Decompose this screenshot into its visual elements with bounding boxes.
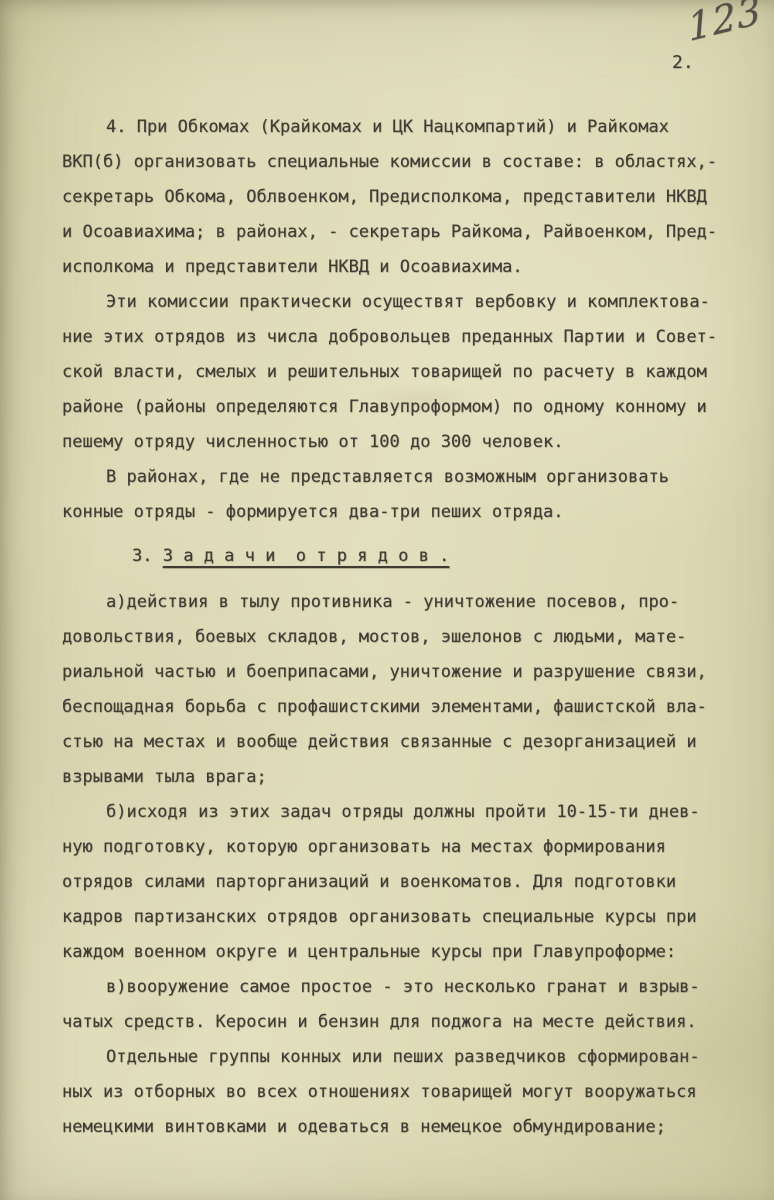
- text-line: кадров партизанских отрядов организовать…: [62, 900, 734, 935]
- text-line: 4. При Обкомах (Крайкомах и ЦК Нацкомпар…: [62, 110, 734, 145]
- text-line: беспощадная борьба с профашистскими элем…: [62, 690, 734, 725]
- text-line: Эти комиссии практически осуществят верб…: [62, 285, 734, 320]
- text-line: ную подготовку, которую организовать на …: [62, 830, 734, 865]
- text-line: ние этих отрядов из числа добровольцев п…: [62, 320, 734, 355]
- paragraph-item-4-commissions: 4. При Обкомах (Крайкомах и ЦК Нацкомпар…: [62, 110, 734, 285]
- section-number: 3.: [132, 546, 163, 566]
- scanned-document-page: 123 2. 4. При Обкомах (Крайкомах и ЦК На…: [0, 0, 774, 1200]
- text-line: конные отряды - формируется два-три пеши…: [62, 495, 734, 530]
- text-line: в)вооружение самое простое - это несколь…: [62, 970, 734, 1005]
- typed-page-number: 2.: [672, 52, 694, 73]
- text-line: районе (районы определяются Главупроформ…: [62, 390, 734, 425]
- text-line: отрядов силами парторганизаций и военком…: [62, 865, 734, 900]
- text-line: и Осоавиахима; в районах, - секретарь Ра…: [62, 215, 734, 250]
- text-line: Отдельные группы конных или пеших развед…: [62, 1040, 734, 1075]
- text-line: ской власти, смелых и решительных товари…: [62, 355, 734, 390]
- paragraph-point-a-actions: а)действия в тылу противника - уничтожен…: [62, 585, 734, 795]
- paragraph-commissions-recruitment: Эти комиссии практически осуществят верб…: [62, 285, 734, 460]
- text-line: ВКП(б) организовать специальные комиссии…: [62, 145, 734, 180]
- paragraph-districts-foot-detachments: В районах, где не представляется возможн…: [62, 460, 734, 530]
- paragraph-scouts-groups: Отдельные группы конных или пеших развед…: [62, 1040, 734, 1145]
- text-line: пешему отряду численностью от 100 до 300…: [62, 425, 734, 460]
- text-line: исполкома и представители НКВД и Осоавиа…: [62, 250, 734, 285]
- text-line: стью на местах и вообще действия связанн…: [62, 725, 734, 760]
- section-title: З а д а ч и о т р я д о в .: [163, 546, 450, 566]
- text-line: довольствия, боевых складов, мостов, эше…: [62, 620, 734, 655]
- text-line: В районах, где не представляется возможн…: [62, 460, 734, 495]
- text-line: а)действия в тылу противника - уничтожен…: [62, 585, 734, 620]
- section-3-heading: 3. З а д а ч и о т р я д о в .: [132, 539, 734, 574]
- paragraph-point-v-armament: в)вооружение самое простое - это несколь…: [62, 970, 734, 1040]
- text-line: чатых средств. Керосин и бензин для подж…: [62, 1005, 734, 1040]
- text-line: каждом военном округе и центральные курс…: [62, 935, 734, 970]
- text-line: взрывами тыла врага;: [62, 760, 734, 795]
- text-line: риальной частью и боеприпасами, уничтоже…: [62, 655, 734, 690]
- document-body: 4. При Обкомах (Крайкомах и ЦК Нацкомпар…: [62, 110, 734, 1145]
- text-line: ных из отборных во всех отношениях товар…: [62, 1075, 734, 1110]
- paragraph-point-b-training: б)исходя из этих задач отряды должны про…: [62, 795, 734, 970]
- text-line: секретарь Обкома, Облвоенком, Предисполк…: [62, 180, 734, 215]
- text-line: немецкими винтовками и одеваться в немец…: [62, 1110, 734, 1145]
- text-line: б)исходя из этих задач отряды должны про…: [62, 795, 734, 830]
- handwritten-page-number: 123: [686, 0, 764, 50]
